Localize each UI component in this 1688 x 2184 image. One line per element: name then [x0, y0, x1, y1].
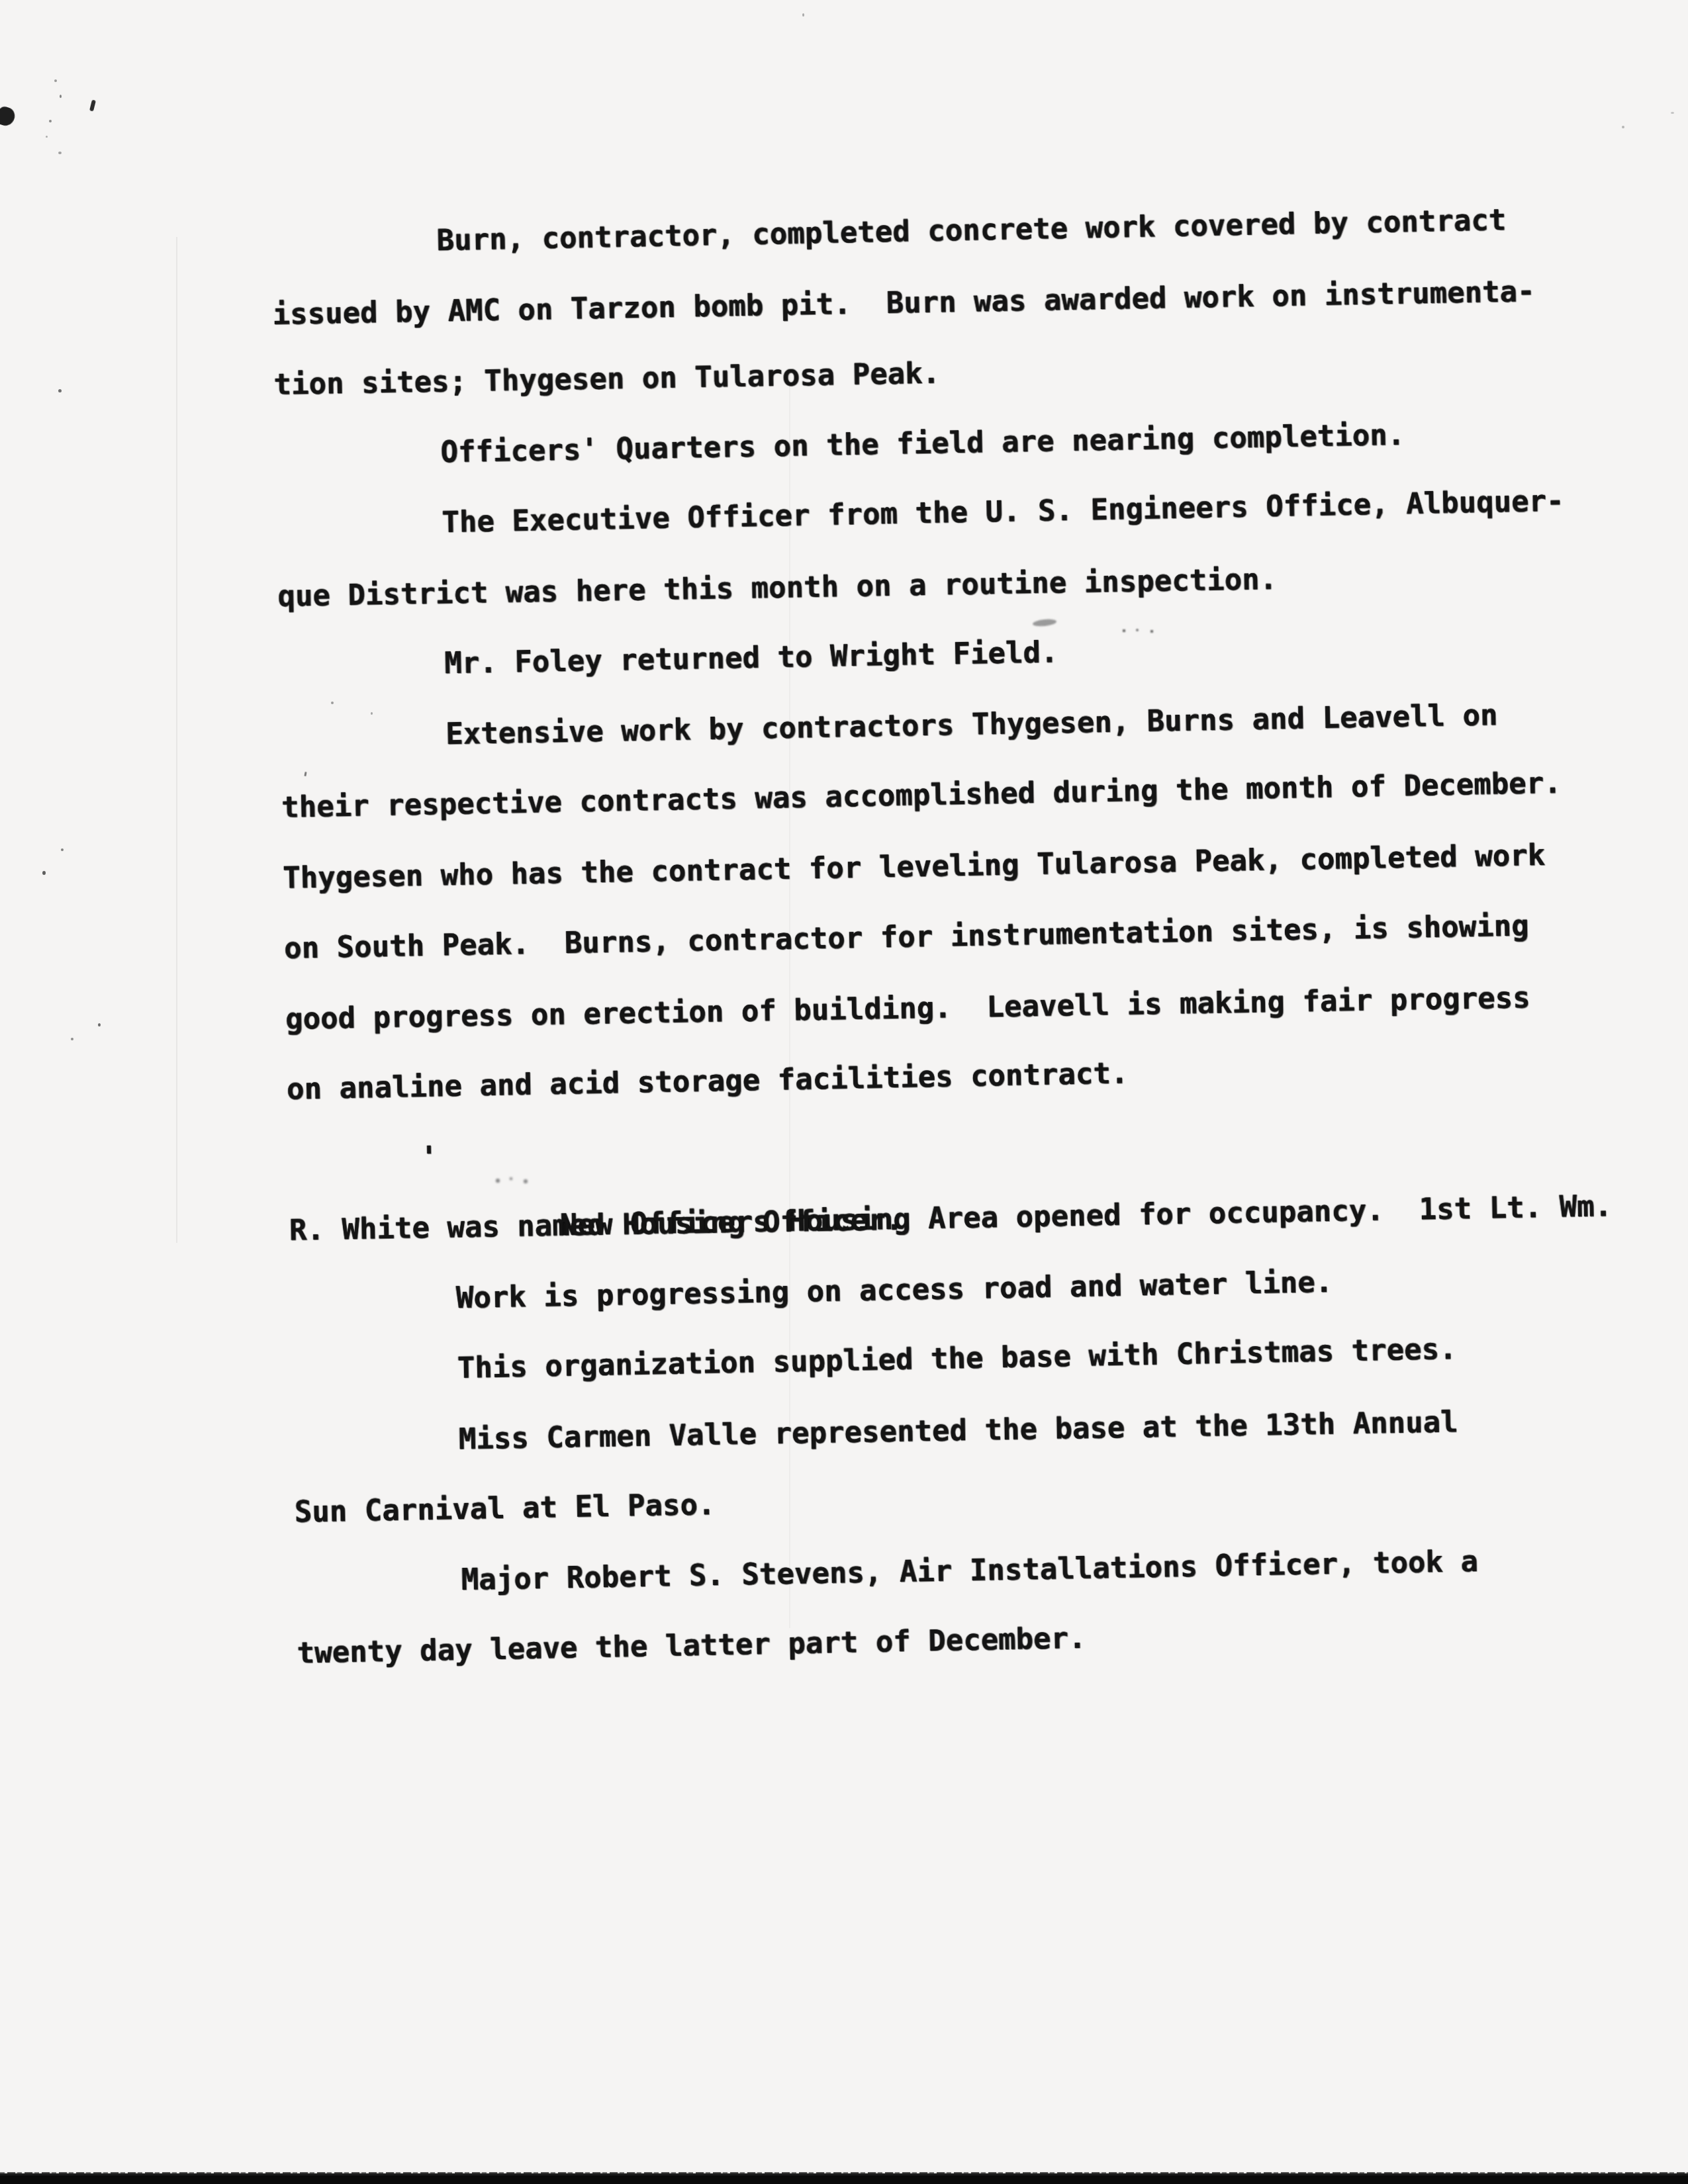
- dust-speck: [58, 152, 62, 154]
- typewritten-text-block: Burn, contractor, completed concrete wor…: [271, 184, 1675, 1689]
- dust-speck: [98, 1023, 101, 1026]
- dust-speck: [49, 120, 52, 122]
- stray-mark-artifact: [89, 100, 96, 112]
- dust-speck: [1622, 126, 1624, 128]
- scan-blob-artifact: [0, 105, 17, 128]
- dust-speck: [42, 871, 46, 875]
- dust-speck: [1671, 112, 1674, 114]
- scanner-streak-artifact: [176, 237, 177, 1243]
- scanned-page: Burn, contractor, completed concrete wor…: [0, 0, 1688, 2184]
- dust-speck: [54, 79, 57, 82]
- dust-speck: [71, 1038, 73, 1040]
- scanner-edge-bar: [0, 2173, 1688, 2184]
- stray-apostrophe-mark: ': [420, 1122, 438, 1193]
- dust-speck: [58, 389, 62, 392]
- dust-speck: [46, 136, 48, 138]
- dust-speck: [60, 95, 62, 98]
- dust-speck: [802, 13, 804, 17]
- dust-speck: [61, 848, 64, 851]
